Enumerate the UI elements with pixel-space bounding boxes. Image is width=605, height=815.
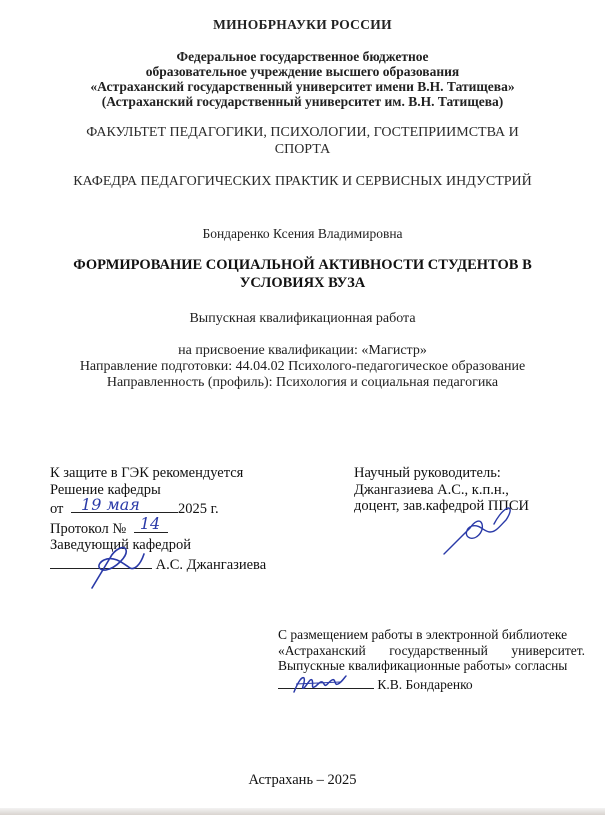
- defense-recommendation-block: К защите в ГЭК рекомендуется Решение каф…: [50, 465, 266, 573]
- qualification: на присвоение квалификации: «Магистр»: [0, 343, 605, 359]
- protocol-row: Протокол № 14: [50, 518, 266, 538]
- consent-word: государственный: [389, 643, 488, 659]
- date-field: 19 мая: [71, 498, 178, 513]
- head-signature-line: [50, 554, 152, 569]
- thesis-title-line-1: ФОРМИРОВАНИЕ СОЦИАЛЬНОЙ АКТИВНОСТИ СТУДЕ…: [0, 256, 605, 274]
- consent-line-3: Выпускные квалификационные работы» согла…: [278, 658, 585, 674]
- handwritten-protocol-number: 14: [140, 516, 160, 533]
- ministry-heading: МИНОБРНАУКИ РОССИИ: [0, 17, 605, 33]
- supervisor-block: Научный руководитель: Джангазиева А.С., …: [354, 465, 529, 515]
- supervisor-name: Джангазиева А.С., к.п.н.,: [354, 482, 529, 499]
- page-bottom-edge: [0, 808, 605, 815]
- department-heading: КАФЕДРА ПЕДАГОГИЧЕСКИХ ПРАКТИК И СЕРВИСН…: [0, 173, 605, 190]
- thesis-title-line-2: УСЛОВИЯХ ВУЗА: [0, 274, 605, 292]
- city-year: Астрахань – 2025: [0, 772, 605, 789]
- consent-line-2: «Астраханский государственный университе…: [278, 643, 585, 659]
- organization-line-3: «Астраханский государственный университе…: [0, 79, 605, 94]
- faculty-line-2: СПОРТА: [0, 141, 605, 158]
- author-name: Бондаренко Ксения Владимировна: [0, 226, 605, 242]
- supervisor-label: Научный руководитель:: [354, 465, 529, 482]
- study-direction: Направление подготовки: 44.04.02 Психоло…: [0, 359, 605, 375]
- organization-line-4: (Астраханский государственный университе…: [0, 94, 605, 109]
- consent-signer-name: К.В. Бондаренко: [377, 677, 472, 692]
- faculty-line-1: ФАКУЛЬТЕТ ПЕДАГОГИКИ, ПСИХОЛОГИИ, ГОСТЕП…: [0, 124, 605, 141]
- thesis-title-page: МИНОБРНАУКИ РОССИИ Федеральное государст…: [0, 0, 605, 815]
- consent-word: «Астраханский: [278, 643, 366, 659]
- protocol-number-field: 14: [134, 518, 168, 533]
- consent-signature-row: К.В. Бондаренко: [278, 674, 585, 693]
- study-profile: Направленность (профиль): Психология и с…: [0, 375, 605, 391]
- library-consent-block: С размещением работы в электронной библи…: [278, 627, 585, 692]
- protocol-label: Протокол №: [50, 521, 126, 537]
- head-name: А.С. Джангазиева: [156, 557, 267, 573]
- work-type: Выпускная квалификационная работа: [0, 311, 605, 327]
- organization-line-2: образовательное учреждение высшего образ…: [0, 64, 605, 79]
- date-suffix: 2025 г.: [178, 501, 219, 517]
- head-signature-row: А.С. Джангазиева: [50, 554, 266, 574]
- supervisor-position: доцент, зав.кафедрой ППСИ: [354, 498, 529, 515]
- consent-word: университет.: [511, 643, 585, 659]
- consent-signature-line: [278, 674, 374, 689]
- handwritten-date: 19 мая: [81, 497, 140, 514]
- head-of-department-label: Заведующий кафедрой: [50, 537, 266, 554]
- date-prefix: от: [50, 501, 63, 517]
- consent-line-1: С размещением работы в электронной библи…: [278, 627, 585, 643]
- organization-line-1: Федеральное государственное бюджетное: [0, 49, 605, 64]
- defense-recommended-text: К защите в ГЭК рекомендуется: [50, 465, 266, 482]
